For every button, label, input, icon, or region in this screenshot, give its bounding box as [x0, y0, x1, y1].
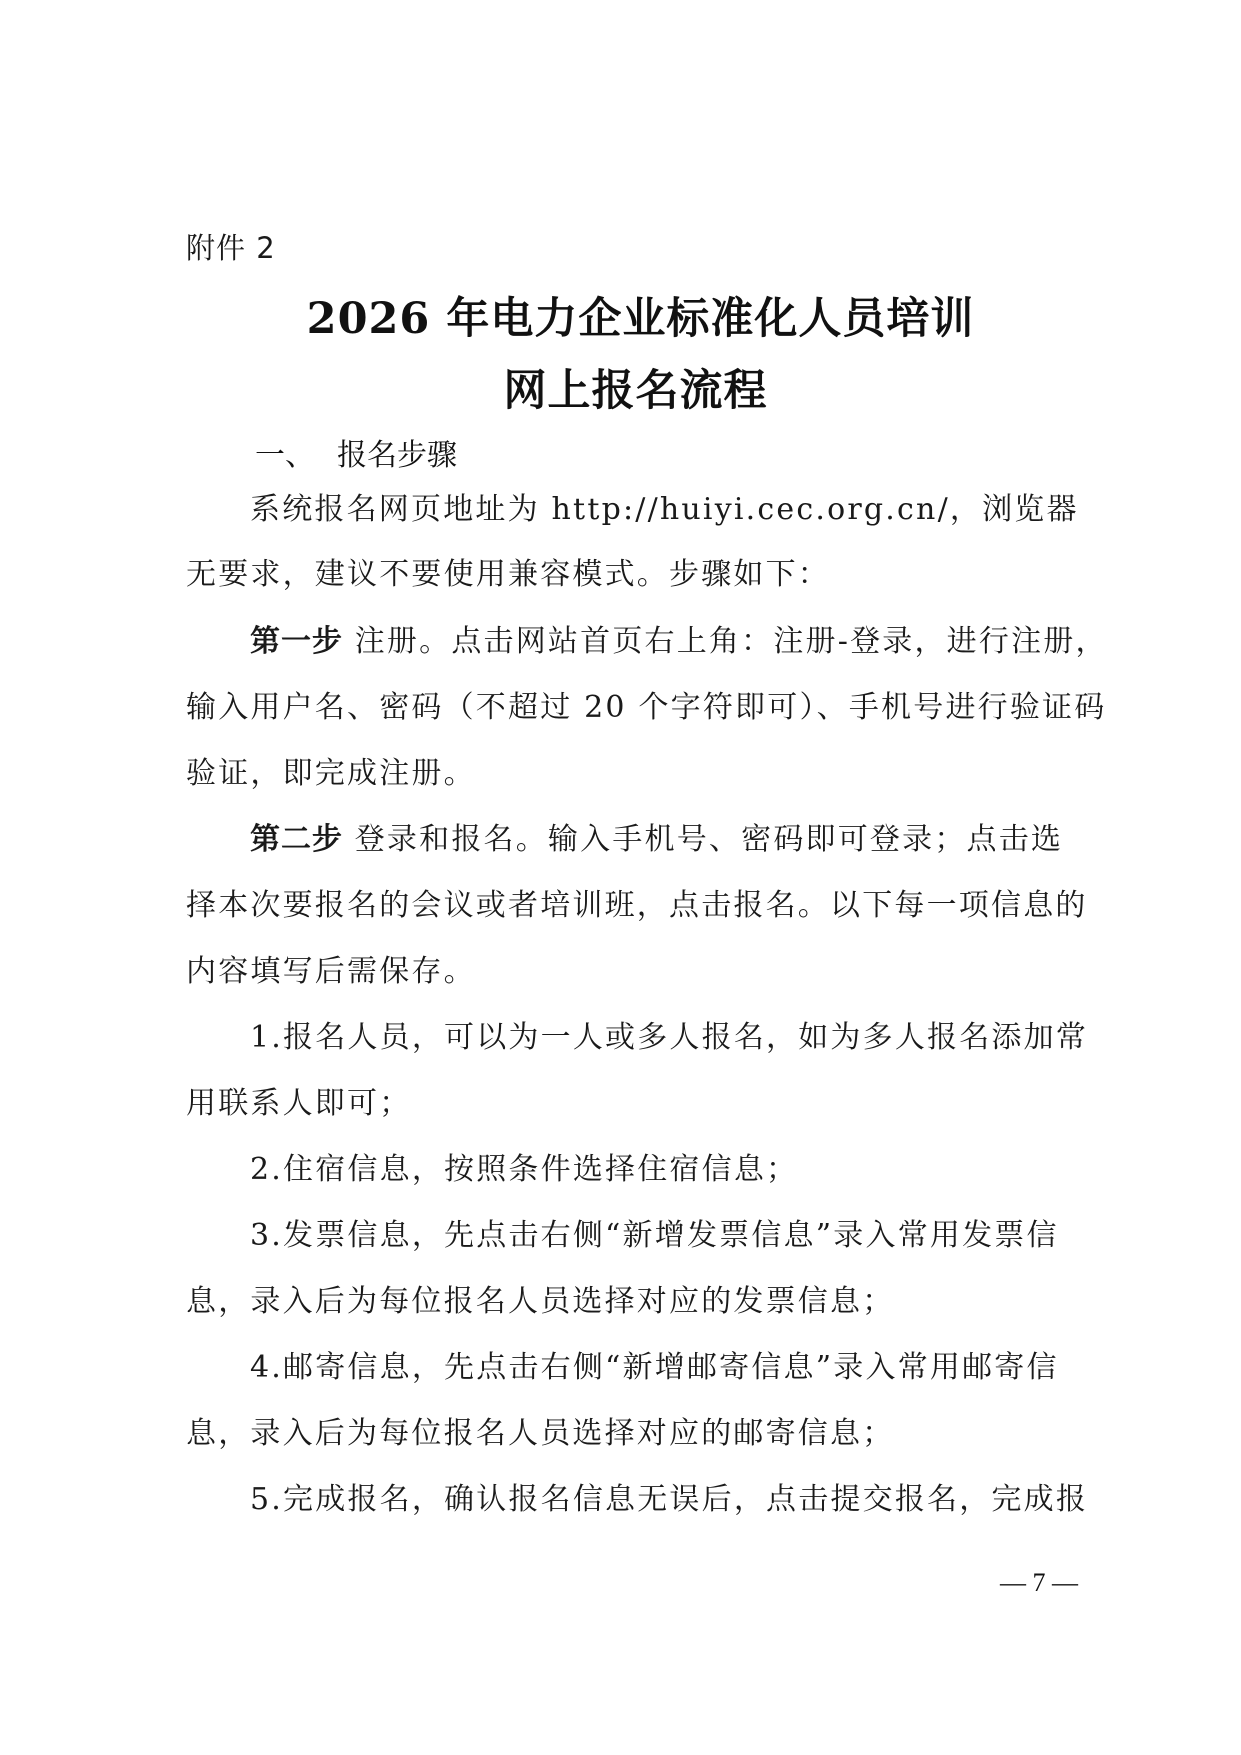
- list-item-1: 1.报名人员，可以为一人或多人报名，如为多人报名添加常: [250, 1023, 1012, 1053]
- step-one-label: 第一步: [250, 624, 343, 659]
- step-two-line: 第二步 登录和报名。输入手机号、密码即可登录；点击选: [250, 825, 1012, 855]
- paragraph-line: 输入用户名、密码（不超过 20 个字符即可）、手机号进行验证码: [186, 693, 1012, 723]
- line-text: 用联系人即可；: [186, 1086, 411, 1121]
- line-text: 择本次要报名的会议或者培训班，点击报名。以下每一项信息的: [186, 888, 1088, 923]
- line-text: 1.报名人员，可以为一人或多人报名，如为多人报名添加常: [250, 1020, 1088, 1055]
- list-item-3: 3.发票信息，先点击右侧“新增发票信息”录入常用发票信: [250, 1221, 1012, 1251]
- step-one-line: 第一步 注册。点击网站首页右上角：注册-登录，进行注册，: [250, 627, 1012, 657]
- line-text: 登录和报名。输入手机号、密码即可登录；点击选: [343, 822, 1063, 857]
- list-item-2: 2.住宿信息，按照条件选择住宿信息；: [250, 1155, 1012, 1185]
- line-text: 4.邮寄信息，先点击右侧“新增邮寄信息”录入常用邮寄信: [250, 1350, 1059, 1385]
- line-text: 输入用户名、密码（不超过 20 个字符即可）、手机号进行验证码: [186, 690, 1106, 725]
- line-text: 注册。点击网站首页右上角：注册-登录，进行注册，: [343, 624, 1108, 659]
- attachment-label: 附件 2: [186, 226, 276, 267]
- line-text: 验证，即完成注册。: [186, 756, 476, 791]
- document-page: 附件 2 2026 年电力企业标准化人员培训 网上报名流程 一、报名步骤 系统报…: [0, 0, 1241, 1755]
- line-text: 息，录入后为每位报名人员选择对应的邮寄信息；: [186, 1416, 894, 1451]
- line-text: 无要求，建议不要使用兼容模式。步骤如下：: [186, 557, 830, 592]
- section-number: 一、: [255, 438, 315, 473]
- line-text: 内容填写后需保存。: [186, 954, 476, 989]
- paragraph-line: 择本次要报名的会议或者培训班，点击报名。以下每一项信息的: [186, 891, 1012, 921]
- line-text: 息，录入后为每位报名人员选择对应的发票信息；: [186, 1284, 894, 1319]
- paragraph-line: 用联系人即可；: [186, 1089, 1012, 1119]
- page-number: — 7 —: [1000, 1568, 1078, 1598]
- section-heading: 一、报名步骤: [255, 430, 457, 474]
- line-text: 系统报名网页地址为 http://huiyi.cec.org.cn/，浏览器: [250, 492, 1079, 527]
- document-title-line-1: 2026 年电力企业标准化人员培训: [0, 285, 1241, 346]
- line-text: 2.住宿信息，按照条件选择住宿信息；: [250, 1152, 798, 1187]
- paragraph-line: 内容填写后需保存。: [186, 957, 1012, 987]
- step-two-label: 第二步: [250, 822, 343, 857]
- line-text: 5.完成报名，确认报名信息无误后，点击提交报名，完成报: [250, 1482, 1088, 1517]
- list-item-4: 4.邮寄信息，先点击右侧“新增邮寄信息”录入常用邮寄信: [250, 1353, 1012, 1383]
- paragraph-line: 系统报名网页地址为 http://huiyi.cec.org.cn/，浏览器: [250, 495, 1012, 525]
- paragraph-line: 息，录入后为每位报名人员选择对应的邮寄信息；: [186, 1419, 1012, 1449]
- list-item-5: 5.完成报名，确认报名信息无误后，点击提交报名，完成报: [250, 1485, 1012, 1515]
- paragraph-line: 验证，即完成注册。: [186, 759, 1012, 789]
- document-title-line-2: 网上报名流程: [0, 357, 1241, 418]
- paragraph-line: 无要求，建议不要使用兼容模式。步骤如下：: [186, 560, 1012, 590]
- section-title: 报名步骤: [337, 438, 457, 473]
- line-text: 3.发票信息，先点击右侧“新增发票信息”录入常用发票信: [250, 1218, 1059, 1253]
- paragraph-line: 息，录入后为每位报名人员选择对应的发票信息；: [186, 1287, 1012, 1317]
